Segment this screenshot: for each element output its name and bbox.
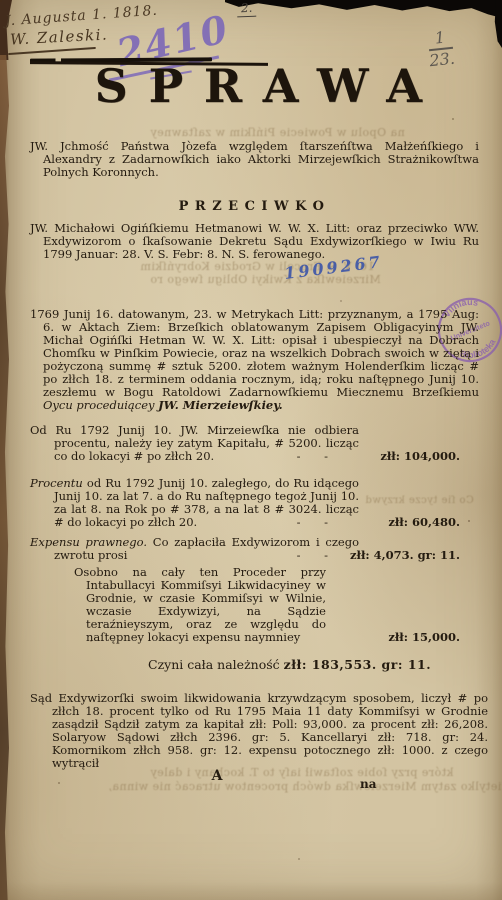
catchword: na	[360, 778, 502, 791]
claim-lead: Procentu	[30, 476, 83, 490]
total-label: Czyni cała należność	[148, 657, 284, 672]
bleed-through-text: na Opolu w Powiecie Pińſkim w zaſtawney	[150, 126, 405, 139]
claim-amount: złł: 60,480.	[388, 516, 460, 529]
versus-heading: PRZECIWKO	[30, 200, 473, 213]
court-verdict-paragraph: Sąd Exdywizorſki swoim likwidowania krzy…	[30, 692, 488, 770]
handwritten-underline-flourish	[8, 47, 96, 55]
claim-amount: złł: 104,000.	[380, 450, 460, 463]
claim-dash-filler: - -	[297, 450, 338, 463]
handwritten-page-number: 2.	[237, 1, 257, 18]
obligation-name-italic: JW. Mierzeiewſkiey.	[158, 398, 282, 412]
gathering-signature-mark: A	[202, 770, 232, 783]
claim-item-capital: Od Ru 1792 Junij 10. JW. Mirzeiewſka nie…	[30, 424, 466, 463]
claim-item-separate-expenses: Osobno na cały ten Proceder przy Intabul…	[30, 566, 466, 644]
total-amount: złł: 183,553. gr: 11.	[284, 657, 431, 672]
claim-text: Osobno na cały ten Proceder przy Intabul…	[74, 566, 326, 644]
claim-dash-filler: - -	[297, 516, 338, 529]
obligation-text-italic: Oycu proceduiącey	[43, 398, 158, 412]
obligation-text: 1769 Junij 16. datowanym, 23. w Metrykac…	[30, 307, 479, 399]
handwritten-owner-name: W. Zaleski.	[10, 25, 109, 48]
claim-rest: Osobno na cały ten Proceder przy Intabul…	[74, 565, 326, 644]
total-due-line: Czyni cała należność złł: 183,553. gr: 1…	[30, 658, 502, 671]
document-page-scan: na Opolu w Powiecie Pińſkim w zaſtawney …	[0, 0, 502, 900]
defendant-paragraph: JW. Michałowi Ogińſkiemu Hetmanowi W. W.…	[30, 222, 479, 261]
fraction-numerator: 1	[422, 28, 457, 47]
claim-lead: Expensu prawnego.	[30, 535, 147, 549]
plaintiff-paragraph: JW. Jchmość Państwa Jòzefa względem ſtar…	[30, 140, 479, 179]
claim-item-interest: Procentu od Ru 1792 Junij 10. zaległego,…	[30, 477, 466, 529]
printed-text-block: SPRAWA JW. Jchmość Państwa Jòzefa względ…	[30, 58, 466, 65]
binding-edge	[0, 55, 9, 900]
claim-lead: Od Ru 1792 Junij 10.	[30, 423, 172, 437]
claim-amount: złł: 4,073. gr: 11.	[350, 549, 460, 562]
claim-amount: złł: 15,000.	[388, 631, 460, 644]
torn-top-edge	[225, 0, 502, 18]
document-title: SPRAWA	[30, 60, 487, 112]
obligation-paragraph: 1769 Junij 16. datowanym, 23. w Metrykac…	[30, 308, 479, 412]
claim-item-legal-expenses: Expensu prawnego. Co zapłaciła Exdywizor…	[30, 536, 466, 562]
claim-dash-filler: - -	[297, 549, 338, 562]
paper-specks	[0, 0, 2, 2]
